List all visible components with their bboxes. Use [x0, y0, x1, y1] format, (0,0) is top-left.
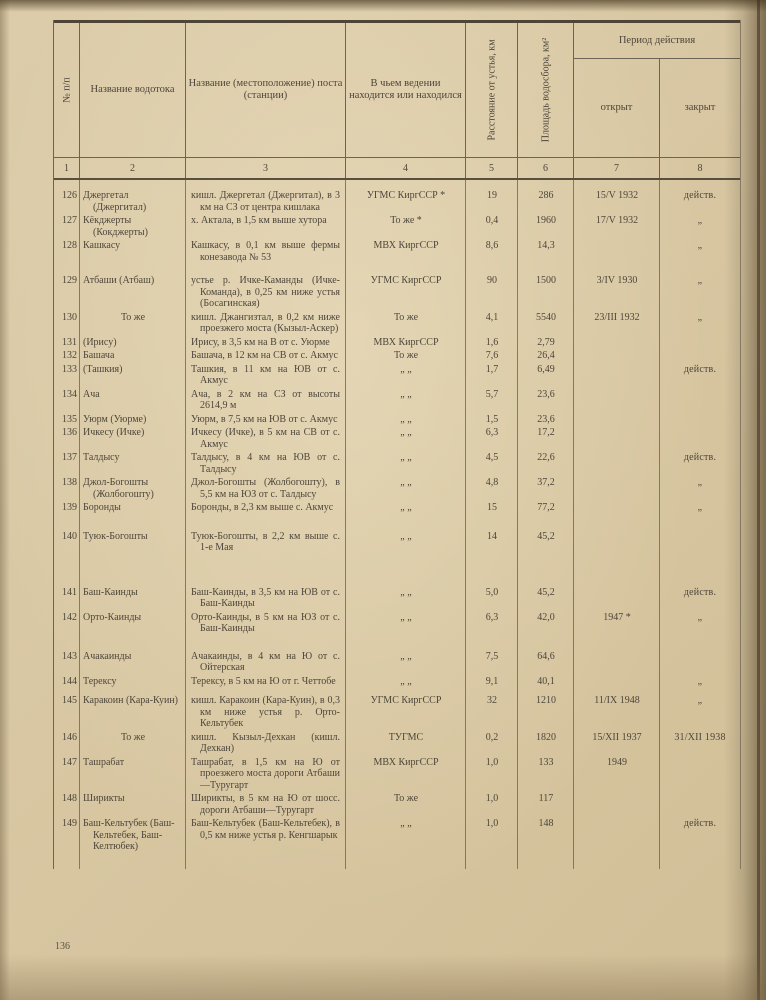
catchment-area: 23,6	[518, 389, 574, 412]
watercourse-name: Орто-Каинды	[80, 612, 186, 635]
watercourse-name: Баш-Каинды	[80, 587, 186, 610]
post-location: Кашкасу, в 0,1 км выше фермы конезавода …	[186, 240, 346, 263]
post-location: кишл. Джергетал (Джергитал), в 3 км на С…	[186, 190, 346, 213]
closed-status	[660, 427, 740, 450]
opened-date	[574, 240, 660, 263]
closed-status: действ.	[660, 452, 740, 475]
row-number: 128	[54, 240, 80, 263]
row-number: 147	[54, 757, 80, 792]
table-row: 140 Туюк-Богошты Туюк-Богошты, в 2,2 км …	[54, 531, 740, 554]
opened-date: 15/XII 1937	[574, 732, 660, 755]
catchment-area: 42,0	[518, 612, 574, 635]
post-location: Талдысу, в 4 км на ЮВ от с. Талдысу	[186, 452, 346, 475]
row-number: 142	[54, 612, 80, 635]
row-number: 137	[54, 452, 80, 475]
post-location: Ирису, в 3,5 км на В от с. Уюрме	[186, 337, 346, 349]
row-number: 129	[54, 275, 80, 310]
table-row: 141 Баш-Каинды Баш-Каинды, в 3,5 км на Ю…	[54, 587, 740, 610]
catchment-area: 133	[518, 757, 574, 792]
watercourse-name: Туюк-Богошты	[80, 531, 186, 554]
closed-status: „	[660, 676, 740, 688]
agency: „ „	[346, 452, 466, 475]
agency: То же	[346, 350, 466, 362]
post-location: Уюрм, в 7,5 км на ЮВ от с. Акмус	[186, 414, 346, 426]
distance-from-mouth: 1,0	[466, 757, 518, 792]
distance-from-mouth: 1,0	[466, 793, 518, 816]
closed-status: действ.	[660, 364, 740, 387]
agency: То же	[346, 793, 466, 816]
catchment-area: 1500	[518, 275, 574, 310]
catchment-area: 45,2	[518, 531, 574, 554]
watercourse-name: Уюрм (Уюрме)	[80, 414, 186, 426]
row-number: 143	[54, 651, 80, 674]
post-location: Ташрабат, в 1,5 км на Ю от проезжего мос…	[186, 757, 346, 792]
table-row: 144 Терексу Терексу, в 5 км на Ю от г. Ч…	[54, 676, 740, 688]
agency: „ „	[346, 427, 466, 450]
table-row: 134 Ача Ача, в 2 км на СЗ от высоты 2614…	[54, 389, 740, 412]
distance-from-mouth: 90	[466, 275, 518, 310]
scan-edge-bottom	[0, 954, 766, 1000]
catchment-area: 40,1	[518, 676, 574, 688]
opened-date: 3/IV 1930	[574, 275, 660, 310]
table-body: 126 Джергетал (Джергитал) кишл. Джергета…	[54, 180, 740, 869]
closed-status	[660, 793, 740, 816]
opened-date: 15/V 1932	[574, 190, 660, 213]
opened-date	[574, 502, 660, 514]
post-location: Туюк-Богошты, в 2,2 км выше с. 1-е Мая	[186, 531, 346, 554]
table-row: 146 То же кишл. Кызыл-Дехкан (кишл. Дехк…	[54, 732, 740, 755]
watercourse-name: Терексу	[80, 676, 186, 688]
distance-from-mouth: 6,3	[466, 427, 518, 450]
watercourse-name: Ичкесу (Ичке)	[80, 427, 186, 450]
table-row: 131 (Ирису) Ирису, в 3,5 км на В от с. У…	[54, 337, 740, 349]
closed-status: „	[660, 477, 740, 500]
opened-date	[574, 818, 660, 853]
watercourse-name: (Ташкия)	[80, 364, 186, 387]
row-number: 136	[54, 427, 80, 450]
closed-status	[660, 414, 740, 426]
distance-from-mouth: 6,3	[466, 612, 518, 635]
opened-date	[574, 389, 660, 412]
distance-from-mouth: 5,0	[466, 587, 518, 610]
agency: То же *	[346, 215, 466, 238]
post-location: Ача, в 2 км на СЗ от высоты 2614,9 м	[186, 389, 346, 412]
agency: УГМС КиргССР *	[346, 190, 466, 213]
catchment-area: 45,2	[518, 587, 574, 610]
column-number: 8	[660, 158, 740, 178]
table-row: 145 Каракоин (Кара-Куин) кишл. Каракоин …	[54, 695, 740, 730]
page-number: 136	[55, 941, 70, 952]
column-number: 7	[574, 158, 660, 178]
column-number: 3	[186, 158, 346, 178]
distance-from-mouth: 14	[466, 531, 518, 554]
closed-status: действ.	[660, 190, 740, 213]
catchment-area: 1210	[518, 695, 574, 730]
closed-status: действ.	[660, 587, 740, 610]
post-location: устье р. Ичке-Каманды (Ичке-Команда), в …	[186, 275, 346, 310]
agency: УГМС КиргССР	[346, 275, 466, 310]
distance-from-mouth: 0,4	[466, 215, 518, 238]
catchment-area: 286	[518, 190, 574, 213]
agency: „ „	[346, 612, 466, 635]
closed-status: действ.	[660, 818, 740, 853]
agency: „ „	[346, 651, 466, 674]
watercourse-name: Каракоин (Кара-Куин)	[80, 695, 186, 730]
catchment-area: 77,2	[518, 502, 574, 514]
catchment-area: 14,3	[518, 240, 574, 263]
agency: „ „	[346, 389, 466, 412]
opened-date	[574, 427, 660, 450]
table-row: 133 (Ташкия) Ташкия, в 11 км на ЮВ от с.…	[54, 364, 740, 387]
catchment-area: 37,2	[518, 477, 574, 500]
distance-from-mouth: 7,6	[466, 350, 518, 362]
header-agency: В чьем ведении находится или находился	[346, 23, 466, 157]
catchment-area: 148	[518, 818, 574, 853]
column-number: 2	[80, 158, 186, 178]
scanned-page: № п/п Название водотока Название (местоп…	[0, 0, 766, 1000]
row-number: 139	[54, 502, 80, 514]
agency: МВХ КиргССР	[346, 337, 466, 349]
post-location: кишл. Кызыл-Дехкан (кишл. Дехкан)	[186, 732, 346, 755]
distance-from-mouth: 0,2	[466, 732, 518, 755]
opened-date	[574, 793, 660, 816]
post-location: Баш-Кельтубек (Баш-Кельтебек), в 0,5 км …	[186, 818, 346, 853]
closed-status: 31/XII 1938	[660, 732, 740, 755]
table-row: 135 Уюрм (Уюрме) Уюрм, в 7,5 км на ЮВ от…	[54, 414, 740, 426]
watercourse-name: Ачакаинды	[80, 651, 186, 674]
post-location: Ташкия, в 11 км на ЮВ от с. Акмус	[186, 364, 346, 387]
opened-date	[574, 676, 660, 688]
hydro-posts-table: № п/п Название водотока Название (местоп…	[53, 20, 741, 869]
post-location: Боронды, в 2,3 км выше с. Акмус	[186, 502, 346, 514]
opened-date	[574, 587, 660, 610]
watercourse-name: Ача	[80, 389, 186, 412]
opened-date: 23/III 1932	[574, 312, 660, 335]
table-row: 137 Талдысу Талдысу, в 4 км на ЮВ от с. …	[54, 452, 740, 475]
watercourse-name: Кашкасу	[80, 240, 186, 263]
row-number: 149	[54, 818, 80, 853]
table-row: 127 Кёкджерты (Кокджерты) х. Актала, в 1…	[54, 215, 740, 238]
post-location: Джол-Богошты (Жолбогошту), в 5,5 км на Ю…	[186, 477, 346, 500]
agency: „ „	[346, 676, 466, 688]
watercourse-name: Башача	[80, 350, 186, 362]
closed-status: „	[660, 275, 740, 310]
table-row: 142 Орто-Каинды Орто-Каинды, в 5 км на Ю…	[54, 612, 740, 635]
row-number: 130	[54, 312, 80, 335]
opened-date: 1947 *	[574, 612, 660, 635]
post-location: Баш-Каинды, в 3,5 км на ЮВ от с. Баш-Каи…	[186, 587, 346, 610]
header-area: Площадь водосбора, км²	[518, 23, 574, 157]
opened-date	[574, 531, 660, 554]
closed-status: „	[660, 240, 740, 263]
opened-date	[574, 337, 660, 349]
opened-date	[574, 414, 660, 426]
row-number: 148	[54, 793, 80, 816]
watercourse-name: Кёкджерты (Кокджерты)	[80, 215, 186, 238]
column-number: 5	[466, 158, 518, 178]
watercourse-name: То же	[80, 732, 186, 755]
agency: „ „	[346, 818, 466, 853]
distance-from-mouth: 5,7	[466, 389, 518, 412]
closed-status	[660, 389, 740, 412]
opened-date	[574, 477, 660, 500]
header-distance: Расстояние от устья, км	[466, 23, 518, 157]
catchment-area: 117	[518, 793, 574, 816]
catchment-area: 5540	[518, 312, 574, 335]
watercourse-name: Джол-Богошты (Жолбогошту)	[80, 477, 186, 500]
watercourse-name: То же	[80, 312, 186, 335]
catchment-area: 22,6	[518, 452, 574, 475]
opened-date	[574, 350, 660, 362]
catchment-area: 23,6	[518, 414, 574, 426]
header-post-location: Название (местоположение) поста (станции…	[186, 23, 346, 157]
header-row-number: № п/п	[54, 23, 80, 157]
row-number: 140	[54, 531, 80, 554]
distance-from-mouth: 7,5	[466, 651, 518, 674]
row-number: 132	[54, 350, 80, 362]
scan-edge-left	[0, 0, 10, 1000]
row-number: 138	[54, 477, 80, 500]
closed-status: „	[660, 502, 740, 514]
row-number: 133	[54, 364, 80, 387]
row-number: 144	[54, 676, 80, 688]
distance-from-mouth: 1,7	[466, 364, 518, 387]
closed-status: „	[660, 312, 740, 335]
table-row: 143 Ачакаинды Ачакаинды, в 4 км на Ю от …	[54, 651, 740, 674]
catchment-area: 64,6	[518, 651, 574, 674]
row-number: 134	[54, 389, 80, 412]
distance-from-mouth: 1,5	[466, 414, 518, 426]
closed-status: „	[660, 215, 740, 238]
column-number: 1	[54, 158, 80, 178]
table-row: 136 Ичкесу (Ичке) Ичкесу (Ичке), в 5 км …	[54, 427, 740, 450]
row-number: 131	[54, 337, 80, 349]
row-number: 146	[54, 732, 80, 755]
table-row: 147 Ташрабат Ташрабат, в 1,5 км на Ю от …	[54, 757, 740, 792]
watercourse-name: Талдысу	[80, 452, 186, 475]
table-header: № п/п Название водотока Название (местоп…	[54, 20, 740, 158]
row-number: 141	[54, 587, 80, 610]
watercourse-name: Атбаши (Атбаш)	[80, 275, 186, 310]
distance-from-mouth: 9,1	[466, 676, 518, 688]
table-row: 129 Атбаши (Атбаш) устье р. Ичке-Каманды…	[54, 275, 740, 310]
header-closed: закрыт	[660, 59, 740, 157]
agency: „ „	[346, 502, 466, 514]
post-location: Ичкесу (Ичке), в 5 км на СВ от с. Акмус	[186, 427, 346, 450]
opened-date	[574, 651, 660, 674]
watercourse-name: Баш-Кельтубек (Баш-Кельтебек, Баш-Келтюб…	[80, 818, 186, 853]
agency: „ „	[346, 477, 466, 500]
row-number: 135	[54, 414, 80, 426]
distance-from-mouth: 15	[466, 502, 518, 514]
table-row: 126 Джергетал (Джергитал) кишл. Джергета…	[54, 190, 740, 213]
watercourse-name: (Ирису)	[80, 337, 186, 349]
watercourse-name: Джергетал (Джергитал)	[80, 190, 186, 213]
closed-status	[660, 651, 740, 674]
agency: „ „	[346, 364, 466, 387]
opened-date: 11/IX 1948	[574, 695, 660, 730]
post-location: Ширикты, в 5 км на Ю от шосс. дороги Атб…	[186, 793, 346, 816]
closed-status	[660, 350, 740, 362]
column-number: 4	[346, 158, 466, 178]
distance-from-mouth: 8,6	[466, 240, 518, 263]
header-period: Период действия	[574, 23, 740, 59]
watercourse-name: Ширикты	[80, 793, 186, 816]
catchment-area: 2,79	[518, 337, 574, 349]
distance-from-mouth: 4,8	[466, 477, 518, 500]
table-row: 130 То же кишл. Джангизтал, в 0,2 км ниж…	[54, 312, 740, 335]
agency: УГМС КиргССР	[346, 695, 466, 730]
closed-status: „	[660, 612, 740, 635]
distance-from-mouth: 1,6	[466, 337, 518, 349]
catchment-area: 1820	[518, 732, 574, 755]
row-number: 126	[54, 190, 80, 213]
row-number: 127	[54, 215, 80, 238]
post-location: х. Актала, в 1,5 км выше хутора	[186, 215, 346, 238]
agency: „ „	[346, 587, 466, 610]
scan-gutter-line	[757, 0, 760, 1000]
table-row: 138 Джол-Богошты (Жолбогошту) Джол-Богош…	[54, 477, 740, 500]
table-row: 149 Баш-Кельтубек (Баш-Кельтебек, Баш-Ке…	[54, 818, 740, 853]
agency: МВХ КиргССР	[346, 240, 466, 263]
distance-from-mouth: 4,5	[466, 452, 518, 475]
closed-status	[660, 337, 740, 349]
post-location: Терексу, в 5 км на Ю от г. Четтобе	[186, 676, 346, 688]
closed-status	[660, 757, 740, 792]
table-row: 128 Кашкасу Кашкасу, в 0,1 км выше фермы…	[54, 240, 740, 263]
catchment-area: 1960	[518, 215, 574, 238]
distance-from-mouth: 19	[466, 190, 518, 213]
catchment-area: 6,49	[518, 364, 574, 387]
opened-date: 17/V 1932	[574, 215, 660, 238]
post-location: Башача, в 12 км на СВ от с. Акмус	[186, 350, 346, 362]
post-location: кишл. Джангизтал, в 0,2 км ниже проезжег…	[186, 312, 346, 335]
catchment-area: 17,2	[518, 427, 574, 450]
post-location: кишл. Каракоин (Кара-Куин), в 0,3 км ниж…	[186, 695, 346, 730]
distance-from-mouth: 32	[466, 695, 518, 730]
column-number: 6	[518, 158, 574, 178]
row-number: 145	[54, 695, 80, 730]
closed-status	[660, 531, 740, 554]
header-opened: открыт	[574, 59, 660, 157]
column-numbers-row: 1 2 3 4 5 6 7 8	[54, 158, 740, 180]
table-row: 132 Башача Башача, в 12 км на СВ от с. А…	[54, 350, 740, 362]
post-location: Ачакаинды, в 4 км на Ю от с. Ойтерская	[186, 651, 346, 674]
closed-status: „	[660, 695, 740, 730]
distance-from-mouth: 1,0	[466, 818, 518, 853]
watercourse-name: Ташрабат	[80, 757, 186, 792]
header-watercourse-name: Название водотока	[80, 23, 186, 157]
watercourse-name: Боронды	[80, 502, 186, 514]
opened-date	[574, 452, 660, 475]
agency: „ „	[346, 531, 466, 554]
catchment-area: 26,4	[518, 350, 574, 362]
opened-date	[574, 364, 660, 387]
distance-from-mouth: 4,1	[466, 312, 518, 335]
agency: МВХ КиргССР	[346, 757, 466, 792]
opened-date: 1949	[574, 757, 660, 792]
table-row: 148 Ширикты Ширикты, в 5 км на Ю от шосс…	[54, 793, 740, 816]
agency: „ „	[346, 414, 466, 426]
agency: То же	[346, 312, 466, 335]
table-row: 139 Боронды Боронды, в 2,3 км выше с. Ак…	[54, 502, 740, 514]
agency: ТУГМС	[346, 732, 466, 755]
scan-edge-top	[0, 0, 766, 12]
post-location: Орто-Каинды, в 5 км на ЮЗ от с. Баш-Каин…	[186, 612, 346, 635]
